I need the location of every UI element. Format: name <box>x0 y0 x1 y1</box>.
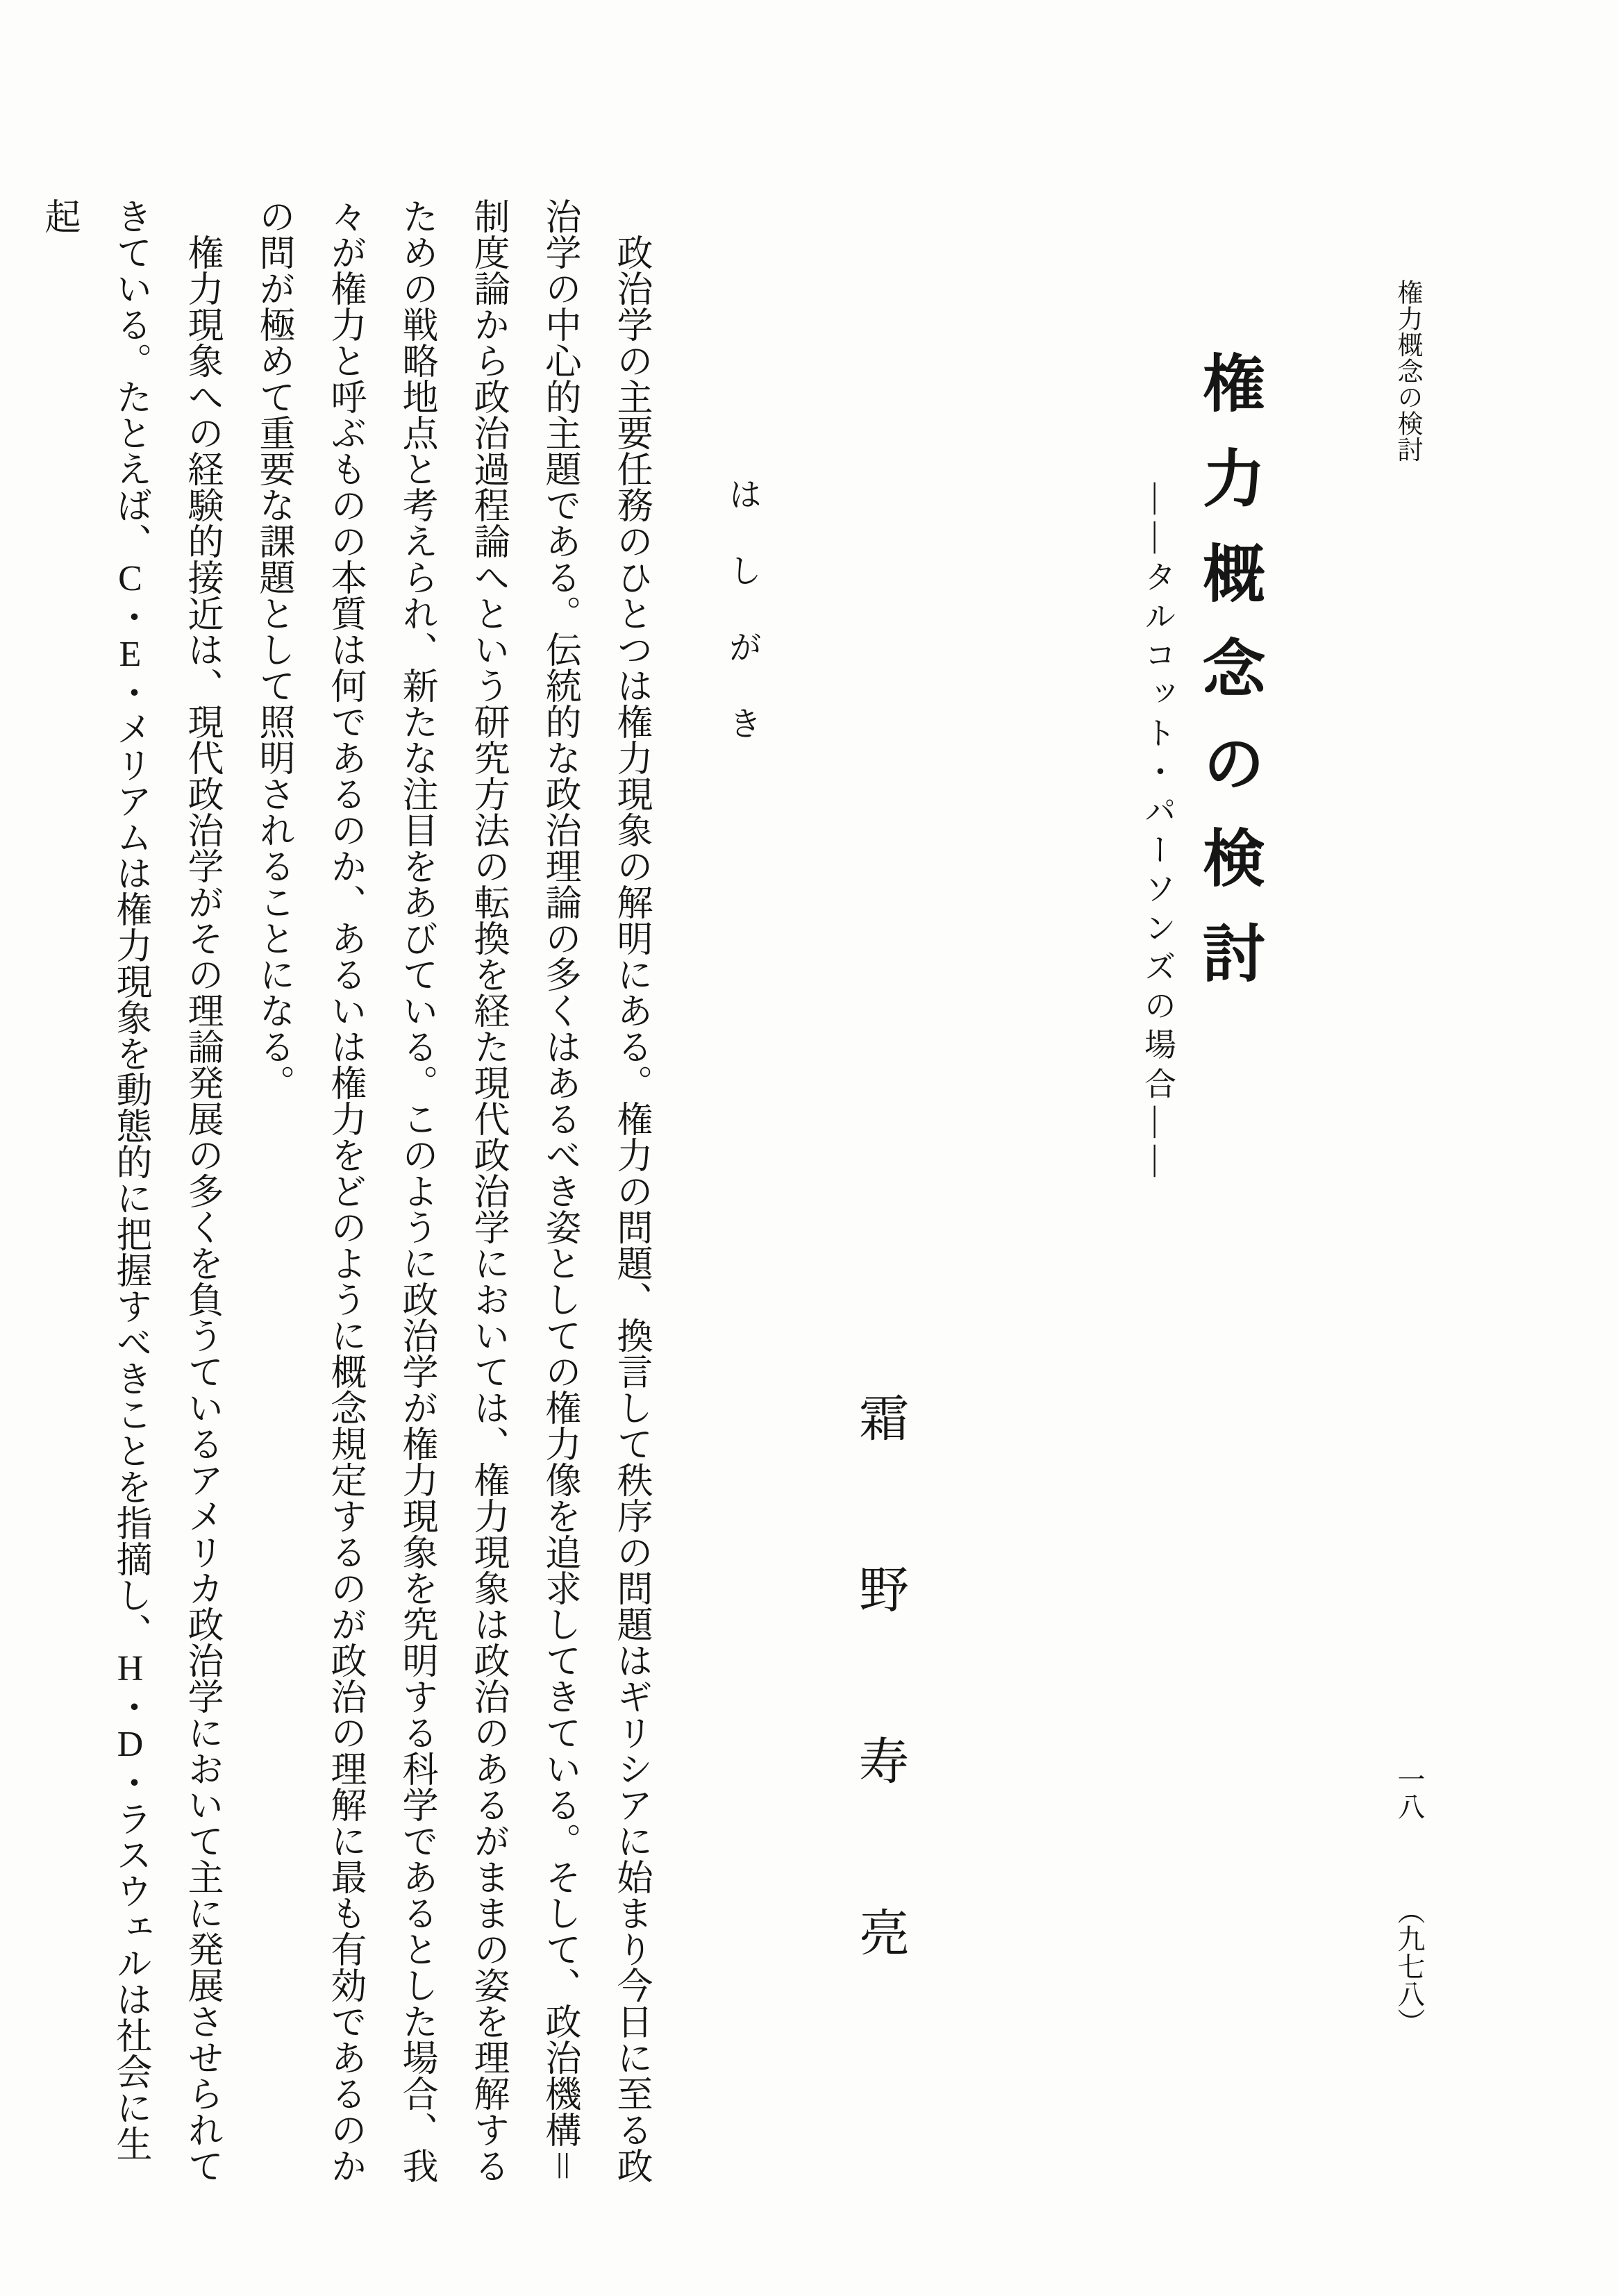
running-header: 権力概念の検討 <box>1388 279 1426 462</box>
author-name: 霜野寿亮 <box>843 1392 915 2078</box>
page-number-sub: （九七八） <box>1394 1897 1425 2036</box>
body-paragraph-2: 権力現象への経験的接近は、現代政治学がその理論発展の多くを負うているアメリカ政治… <box>23 198 237 2185</box>
article-subtitle: ――タルコット・パーソンズの場合―― <box>1135 483 1181 1184</box>
body-paragraph-1: 政治学の主要任務のひとつは権力現象の解明にある。権力の問題、換言して秩序の問題は… <box>237 198 667 2185</box>
page-number: 一八（九七八） <box>1390 1765 1429 2036</box>
section-heading-hashigaki: はしがき <box>718 477 766 782</box>
paper-page: 権力概念の検討 一八（九七八） 権力概念の検討 ――タルコット・パーソンズの場合… <box>0 0 1618 2296</box>
page-number-main: 一八 <box>1394 1765 1425 1820</box>
article-title: 権力概念の検討 <box>1182 351 1272 1016</box>
body-text: 政治学の主要任務のひとつは権力現象の解明にある。権力の問題、換言して秩序の問題は… <box>94 198 667 2185</box>
